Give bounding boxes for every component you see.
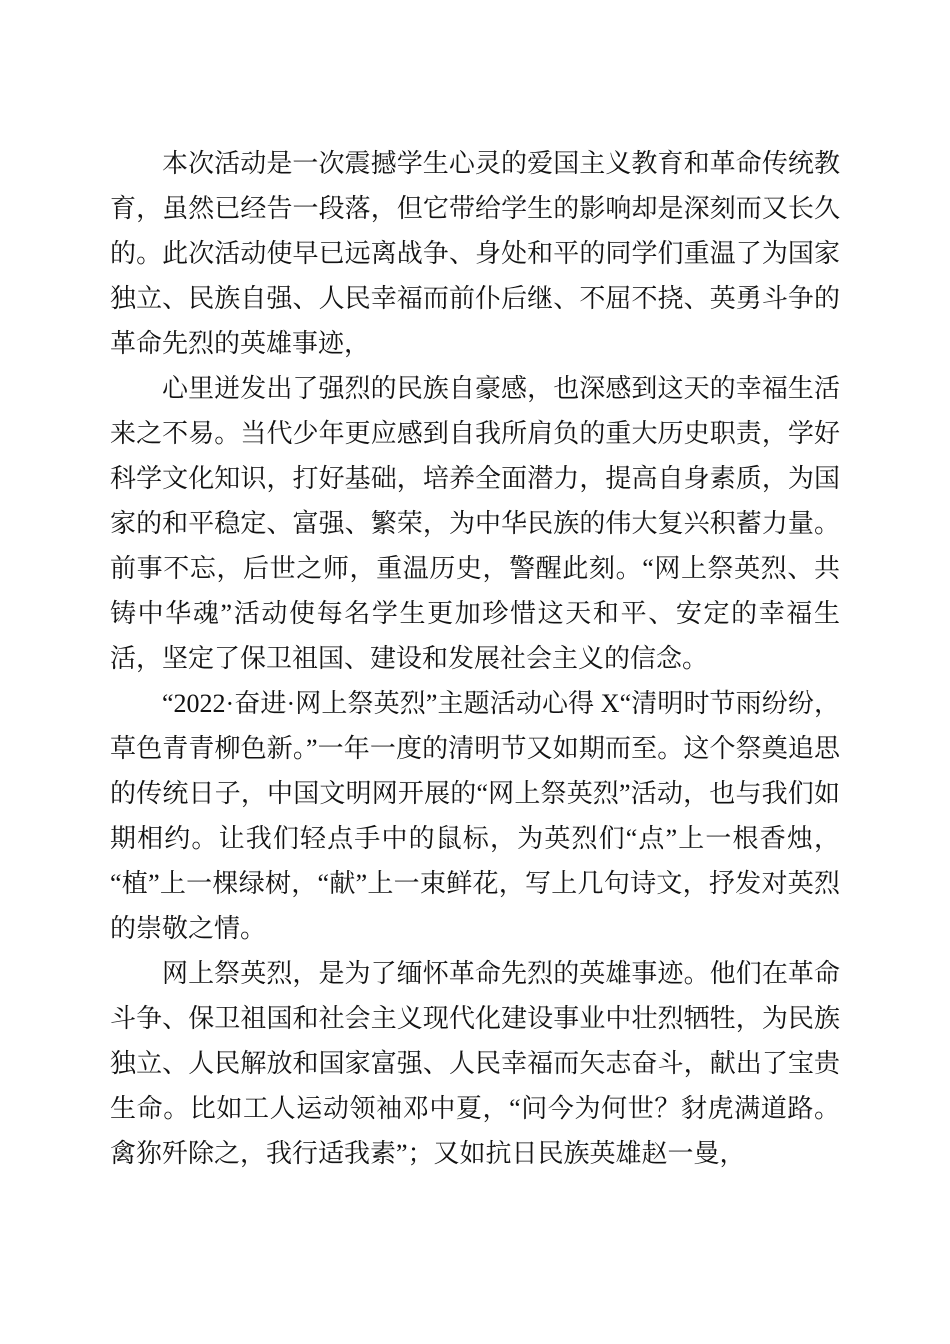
document-page: 本次活动是一次震撼学生心灵的爱国主义教育和革命传统教育，虽然已经告一段落，但它带… <box>0 0 950 1344</box>
document-text-block: 本次活动是一次震撼学生心灵的爱国主义教育和革命传统教育，虽然已经告一段落，但它带… <box>110 141 840 1176</box>
paragraph-national-pride: 心里迸发出了强烈的民族自豪感，也深感到这天的幸福生活来之不易。当代少年更应感到自… <box>110 366 840 681</box>
paragraph-activity-summary: 本次活动是一次震撼学生心灵的爱国主义教育和革命传统教育，虽然已经告一段落，但它带… <box>110 141 840 366</box>
paragraph-online-memorial: 网上祭英烈，是为了缅怀革命先烈的英雄事迹。他们在革命斗争、保卫祖国和社会主义现代… <box>110 951 840 1176</box>
paragraph-2022-theme-activity: “2022·奋进·网上祭英烈”主题活动心得 X“清明时节雨纷纷，草色青青柳色新。… <box>110 681 840 951</box>
